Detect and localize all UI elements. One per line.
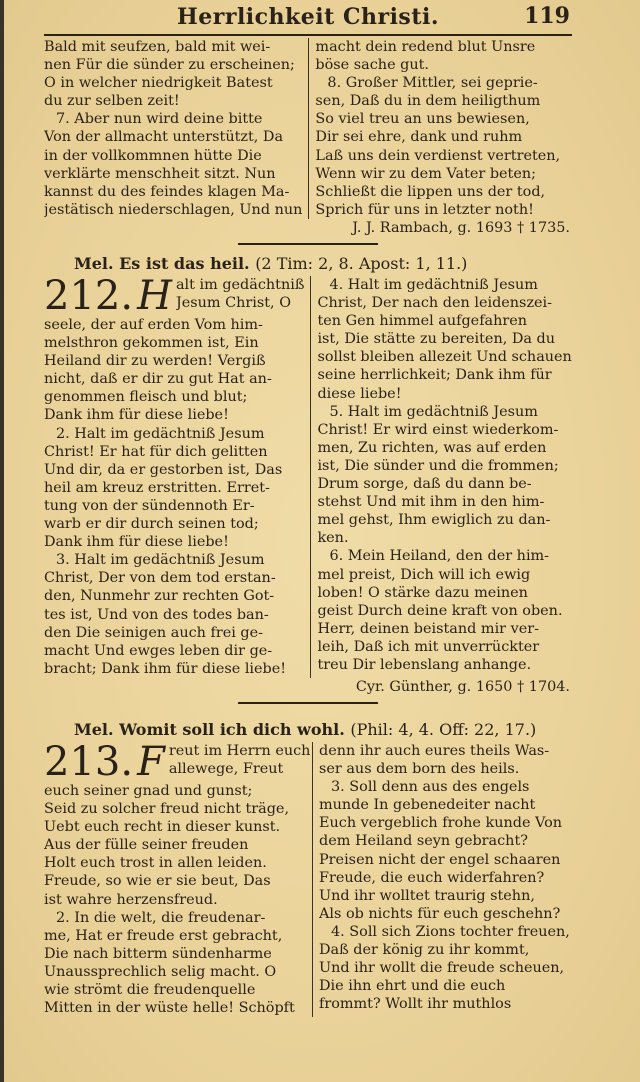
text-line: Dank ihm für diese liebe! — [44, 533, 304, 551]
text-line: tes ist, Und von des todes ban- — [44, 606, 304, 624]
hymn-212-left-text: seele, der auf erden Vom him-melsthron g… — [44, 316, 304, 678]
text-line: heil am kreuz erstritten. Erret- — [44, 479, 304, 497]
text-line: Unaussprechlich selig macht. O — [44, 963, 306, 981]
text-line: den Die seinigen auch frei ge- — [44, 624, 304, 642]
hymn-212-left-column: 212. H alt im gedächtnißJesum Christ, O … — [44, 276, 310, 678]
text-line: treu Dir lebenslang anhange. — [317, 656, 572, 674]
text-line: den, Nunmehr zur rechten Got- — [44, 587, 304, 605]
text-line: 4. Halt im gedächtniß Jesum — [317, 276, 572, 294]
text-line: Sprich für uns in letzter noth! — [315, 201, 572, 219]
continued-hymn-right-column: macht dein redend blut Unsreböse sache g… — [308, 38, 572, 219]
text-line: Euch vergeblich frohe kunde Von — [319, 814, 572, 832]
header-rule — [44, 34, 572, 36]
text-line: du zur selben zeit! — [44, 92, 302, 110]
text-line: kannst du des feindes klagen Ma- — [44, 183, 302, 201]
text-line: Von der allmacht unterstützt, Da — [44, 128, 302, 146]
page-number: 119 — [524, 3, 570, 29]
text-line: reut im Herrn euch — [169, 742, 311, 760]
hymn-213-head-lines: reut im Herrn euchallewege, Freut — [169, 742, 311, 778]
text-line: Preisen nicht der engel schaaren — [319, 851, 572, 869]
hymn-213-dropcap: F — [137, 742, 165, 782]
text-line: 4. Soll sich Zions tochter freuen, — [319, 923, 572, 941]
text-line: Und dir, da er gestorben ist, Das — [44, 461, 304, 479]
text-line: Christ! Er hat für dich gelitten — [44, 443, 304, 461]
text-line: 2. Halt im gedächtniß Jesum — [44, 425, 304, 443]
text-line: Christ, Der nach den leidenszei- — [317, 294, 572, 312]
text-line: wie strömt die freudenquelle — [44, 981, 306, 999]
text-line: Und ihr wolltet traurig stehn, — [319, 887, 572, 905]
text-line: verklärte menschheit sitzt. Nun — [44, 165, 302, 183]
text-line: ser aus dem born des heils. — [319, 760, 572, 778]
text-line: Drum sorge, daß du dann be- — [317, 475, 572, 493]
text-line: munde In gebenedeiter nacht — [319, 796, 572, 814]
text-line: Schließt die lippen uns der tod, — [315, 183, 572, 201]
text-line: Heiland dir zu werden! Vergiß — [44, 352, 304, 370]
text-line: Bald mit seufzen, bald mit wei- — [44, 38, 302, 56]
text-line: diese liebe! — [317, 385, 572, 403]
text-line: 3. Halt im gedächtniß Jesum — [44, 551, 304, 569]
text-line: sen, Daß du in dem heiligthum — [315, 92, 572, 110]
text-line: seele, der auf erden Vom him- — [44, 316, 304, 334]
text-line: 3. Soll denn aus des engels — [319, 778, 572, 796]
text-line: leih, Daß ich mit unverrückter — [317, 638, 572, 656]
hymn-author-rambach: J. J. Rambach, g. 1693 † 1735. — [44, 219, 572, 237]
hymn-213-number: 213. — [44, 742, 133, 782]
text-line: Uebt euch recht in dieser kunst. — [44, 818, 306, 836]
text-line: Mitten in der wüste helle! Schöpft — [44, 999, 306, 1017]
running-title: Herrlichkeit Christi. — [44, 4, 572, 30]
text-line: ist, Die sünder und die frommen; — [317, 457, 572, 475]
hymn-212-number: 212. — [44, 276, 133, 316]
text-line: O in welcher niedrigkeit Batest — [44, 74, 302, 92]
text-line: Freude, so wie er sie beut, Das — [44, 872, 306, 890]
running-header: Herrlichkeit Christi. 119 — [44, 0, 572, 36]
continued-hymn-left-column: Bald mit seufzen, bald mit wei-nen Für d… — [44, 38, 308, 219]
text-line: Dir sei ehre, dank und ruhm — [315, 128, 572, 146]
text-line: 5. Halt im gedächtniß Jesum — [317, 403, 572, 421]
hymn-213-right-column: denn ihr auch eures theils Was-ser aus d… — [312, 742, 572, 1017]
hymn-213-opening: 213. F reut im Herrn euchallewege, Freut — [44, 742, 306, 782]
hymn-author-guenther: Cyr. Günther, g. 1650 † 1704. — [44, 678, 572, 696]
text-line: 6. Mein Heiland, den der him- — [317, 547, 572, 565]
text-line: Aus der fülle seiner freuden — [44, 836, 306, 854]
text-line: warb er dir durch seinen tod; — [44, 515, 304, 533]
text-line: 8. Großer Mittler, sei geprie- — [315, 74, 572, 92]
text-line: mel preist, Dich will ich ewig — [317, 566, 572, 584]
text-line: stehst Und mit ihm in den him- — [317, 493, 572, 511]
text-line: Daß der könig zu ihr kommt, — [319, 941, 572, 959]
text-line: macht Und ewges leben dir ge- — [44, 642, 304, 660]
section-rule — [238, 702, 378, 704]
text-line: Laß uns dein verdienst vertreten, — [315, 147, 572, 165]
text-line: ken. — [317, 529, 572, 547]
text-line: loben! O stärke dazu meinen — [317, 584, 572, 602]
text-line: men, Zu richten, was auf erden — [317, 439, 572, 457]
text-line: Seid zu solcher freud nicht träge, — [44, 800, 306, 818]
page-edge-shadow — [0, 0, 4, 1082]
text-line: So viel treu an uns bewiesen, — [315, 110, 572, 128]
text-line: sollst bleiben allezeit Und schauen — [317, 348, 572, 366]
text-line: nicht, daß er dir zu gut Hat an- — [44, 370, 304, 388]
text-line: dem Heiland seyn gebracht? — [319, 832, 572, 850]
text-line: geist Durch deine kraft von oben. — [317, 602, 572, 620]
text-line: Dank ihm für diese liebe! — [44, 406, 304, 424]
continued-hymn: Bald mit seufzen, bald mit wei-nen Für d… — [44, 38, 572, 251]
hymn-213-left-text: euch seiner gnad und gunst;Seid zu solch… — [44, 782, 306, 1017]
hymn-212-melody: Mel. Es ist das heil. — [74, 254, 250, 273]
text-line: tung von der sündennoth Er- — [44, 497, 304, 515]
text-line: melsthron gekommen ist, Ein — [44, 334, 304, 352]
text-line: frommt? Wollt ihr muthlos — [319, 995, 572, 1013]
text-line: allewege, Freut — [169, 760, 311, 778]
hymn-212-opening: 212. H alt im gedächtnißJesum Christ, O — [44, 276, 304, 316]
text-line: 2. In die welt, die freudenar- — [44, 909, 306, 927]
text-line: ten Gen himmel aufgefahren — [317, 312, 572, 330]
text-line: nen Für die sünder zu erscheinen; — [44, 56, 302, 74]
text-line: euch seiner gnad und gunst; — [44, 782, 306, 800]
text-line: seine herrlichkeit; Dank ihm für — [317, 366, 572, 384]
text-line: alt im gedächtniß — [176, 276, 304, 294]
text-line: Die ihn ehrt und die euch — [319, 977, 572, 995]
text-line: Christ, Der von dem tod erstan- — [44, 569, 304, 587]
hymn-212-right-column: 4. Halt im gedächtniß JesumChrist, Der n… — [310, 276, 572, 678]
text-line: Jesum Christ, O — [176, 294, 304, 312]
hymnal-page: Herrlichkeit Christi. 119 Bald mit seufz… — [0, 0, 640, 1082]
hymn-213-left-column: 213. F reut im Herrn euchallewege, Freut… — [44, 742, 312, 1017]
text-line: denn ihr auch eures theils Was- — [319, 742, 572, 760]
text-line: ist, Die stätte zu bereiten, Da du — [317, 330, 572, 348]
text-line: me, Hat er freude erst gebracht, — [44, 927, 306, 945]
text-line: Als ob nichts für euch geschehn? — [319, 905, 572, 923]
text-line: in der vollkommnen hütte Die — [44, 147, 302, 165]
hymn-212-dropcap: H — [137, 276, 172, 316]
hymn-213-scripture: (Phil: 4, 4. Off: 22, 17.) — [350, 720, 536, 739]
text-line: Wenn wir zu dem Vater beten; — [315, 165, 572, 183]
text-line: mel gehst, Ihm ewiglich zu dan- — [317, 511, 572, 529]
text-line: genommen fleisch und blut; — [44, 388, 304, 406]
hymn-212: Mel. Es ist das heil. (2 Tim: 2, 8. Apos… — [44, 252, 572, 710]
hymn-212-scripture: (2 Tim: 2, 8. Apost: 1, 11.) — [255, 254, 467, 273]
text-line: macht dein redend blut Unsre — [315, 38, 572, 56]
text-line: böse sache gut. — [315, 56, 572, 74]
text-line: Die nach bitterm sündenharme — [44, 945, 306, 963]
text-line: ist wahre herzensfreud. — [44, 891, 306, 909]
text-line: bracht; Dank ihm für diese liebe! — [44, 660, 304, 678]
text-line: jestätisch niederschlagen, Und nun — [44, 201, 302, 219]
text-line: Freude, die euch widerfahren? — [319, 869, 572, 887]
hymn-212-head-lines: alt im gedächtnißJesum Christ, O — [176, 276, 304, 312]
text-line: Herr, deinen beistand mir ver- — [317, 620, 572, 638]
text-line: Und ihr wollt die freude scheuen, — [319, 959, 572, 977]
section-rule — [238, 243, 378, 245]
hymn-213: Mel. Womit soll ich dich wohl. (Phil: 4,… — [44, 718, 572, 1017]
text-line: Holt euch trost in allen leiden. — [44, 854, 306, 872]
text-line: Christ! Er wird einst wiederkom- — [317, 421, 572, 439]
hymn-213-melody: Mel. Womit soll ich dich wohl. — [74, 720, 345, 739]
text-line: 7. Aber nun wird deine bitte — [44, 110, 302, 128]
